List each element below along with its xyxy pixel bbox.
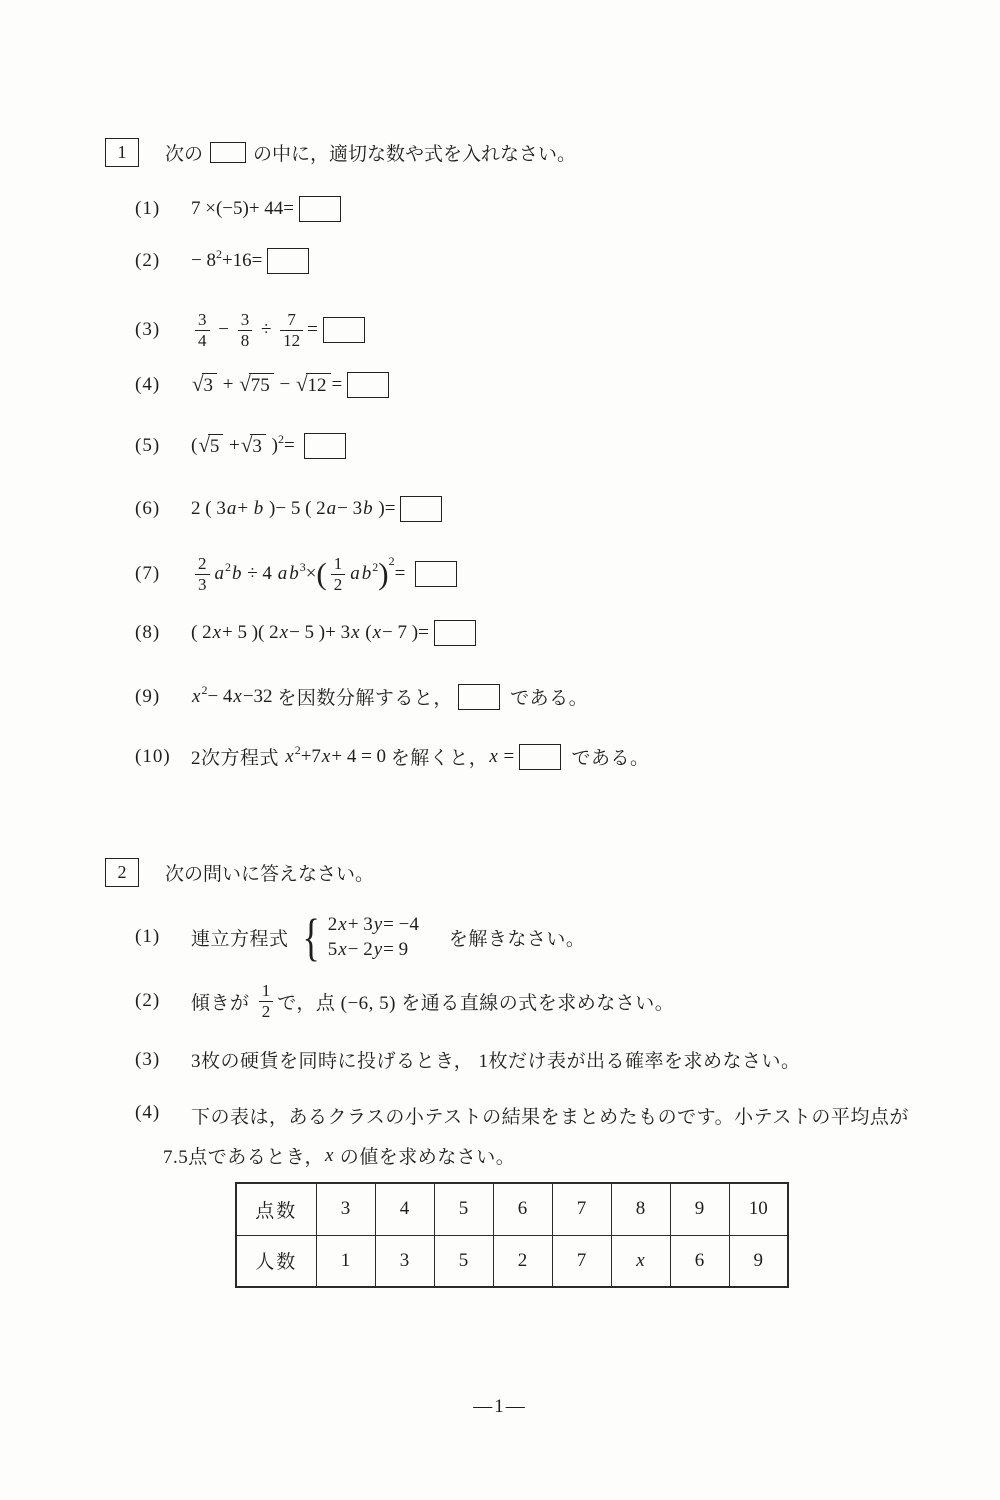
problem-item-1-4: (4) √3 + √75 − √12= [135,372,394,398]
problem-expression: √3 + √75 − √12= [191,372,394,398]
math-variable: x [337,937,347,962]
problem-number: (3) [135,1049,191,1071]
problem-number: (2) [135,990,191,1012]
math-text: − [275,374,295,396]
problem-expression: 7 ×(−5)+ 44= [191,196,346,222]
math-text: +16= [222,250,262,272]
answer-box [323,317,365,343]
problem-item-1-7: (7) 23a2b ÷ 4 ab3×(12ab2)2= [135,548,462,600]
square-root: √75 [239,373,274,398]
math-text: + [237,498,252,520]
math-text: 2 [328,912,338,937]
problem-text: 3枚の硬貨を同時に投げるとき， 1枚だけ表が出る確率を求めなさい。 [191,1046,801,1073]
math-variable: x [321,746,331,768]
table-cell: 6 [493,1183,552,1235]
math-variable: x [350,622,360,644]
table-cell: 8 [611,1183,670,1235]
math-text: ( [361,622,372,644]
math-text: − 5 )+ 3 [289,622,350,644]
problem-item-1-9: (9) x2− 4x−32 を因数分解すると， である。 [135,683,588,710]
problem-number: (4) [135,374,191,396]
math-text: = −4 [383,912,419,937]
problem-expression: 傾きが 12で，点 (−6, 5) を通る直線の式を求めなさい。 [191,981,674,1021]
answer-box [434,620,476,646]
section-number: 2 [118,862,127,883]
math-text: の値を求めなさい。 [334,1142,515,1169]
problem-number: (1) [135,198,191,220]
math-variable: b [253,498,265,520]
math-variable: a [326,498,338,520]
equation-2: 5x− 2y= 9 [328,937,419,962]
math-text: )= [374,498,396,520]
fraction: 34 [195,310,210,350]
section-number-box: 2 [105,858,139,887]
math-text: 5 [328,937,338,962]
section-1-instruction-pre: 次の [165,139,203,166]
math-text: + 5 )( 2 [222,622,279,644]
math-text: ( 2 [191,622,212,644]
math-variable: x [372,622,382,644]
math-text: である。 [505,683,588,710]
math-text: = 9 [383,937,408,962]
math-text: × [306,563,317,585]
math-variable: x [488,746,498,768]
problem-expression: ( 2x+ 5 )( 2x− 5 )+ 3x (x− 7 )= [191,620,481,646]
table-row-header-scores: 点数 [236,1183,316,1235]
math-text: を因数分解すると， [277,683,453,710]
math-variable: x [232,686,242,708]
math-text: ) [267,435,278,457]
math-variable: a [349,563,361,585]
problem-item-1-8: (8) ( 2x+ 5 )( 2x− 5 )+ 3x (x− 7 )= [135,620,481,646]
problem-number: (9) [135,686,191,708]
table-row-scores: 点数 345678910 [236,1183,788,1235]
math-text: ÷ [256,319,276,341]
math-text: −32 [243,686,277,708]
table-cell: 9 [729,1235,788,1287]
math-text: で，点 (−6, 5) を通る直線の式を求めなさい。 [277,988,674,1015]
problem-item-2-3: (3) 3枚の硬貨を同時に投げるとき， 1枚だけ表が出る確率を求めなさい。 [135,1046,801,1073]
problem-item-1-1: (1) 7 ×(−5)+ 44= [135,196,346,222]
simultaneous-equations-label: 連立方程式 [191,924,289,951]
math-text: ( [191,435,197,457]
blank-box [210,142,246,163]
table-cell: 5 [434,1183,493,1235]
math-text: − 4 [207,686,232,708]
table-cell: 6 [670,1235,729,1287]
math-variable: b [361,563,373,585]
math-text: 2 [372,561,378,573]
problem-item-2-1: (1) 連立方程式 { 2x+ 3y= −4 5x− 2y= 9 を解きなさい。 [135,908,585,966]
math-text: を解くと， [391,743,489,770]
table-cell: x [611,1235,670,1287]
table-cell: 7 [552,1183,611,1235]
system-brace: { [303,911,320,963]
math-text: 2 [389,555,395,567]
section-1-instruction-post: の中に，適切な数や式を入れなさい。 [253,139,576,166]
problem-number: (3) [135,319,191,341]
math-text: 2 [201,684,207,696]
table-cell: 2 [493,1235,552,1287]
problem-expression: (√5 +√3 )2= [191,433,351,459]
answer-box [347,372,389,398]
table-cell: 7 [552,1235,611,1287]
fraction: 23 [195,554,210,594]
page-number: —1— [0,1396,1000,1418]
problem-item-1-2: (2) − 82+16= [135,248,314,274]
section-number: 1 [118,142,127,163]
problem-expression: 23a2b ÷ 4 ab3×(12ab2)2= [191,554,462,594]
math-variable: x [212,622,222,644]
problem-item-1-3: (3) 34 − 38 ÷ 712= [135,305,370,355]
math-text: 7.5点であるとき， [163,1142,324,1169]
exam-page: 1 次の の中に，適切な数や式を入れなさい。 (1) 7 ×(−5)+ 44= … [0,0,1000,1500]
problem-number: (4) [135,1102,191,1124]
problem-expression: x2− 4x−32 を因数分解すると， である。 [191,683,588,710]
fraction: 12 [259,981,274,1021]
math-variable: b [288,563,300,585]
section-2-header: 2 次の問いに答えなさい。 [105,858,374,887]
problem-expression: 2 ( 3a+ b )− 5 ( 2a− 3b )= [191,496,447,522]
math-text: 3 [300,561,306,573]
table-cell: 9 [670,1183,729,1235]
math-text: +7 [301,746,321,768]
problem-expression: − 82+16= [191,248,314,274]
section-1-header: 1 次の の中に，適切な数や式を入れなさい。 [105,138,576,167]
math-variable: x [324,1145,334,1167]
answer-box [415,561,457,587]
table-cell: 1 [316,1235,375,1287]
math-variable: x [337,912,347,937]
math-text: )− 5 ( 2 [264,498,325,520]
problem-item-1-5: (5) (√5 +√3 )2= [135,433,351,459]
math-variable: a [214,563,226,585]
math-text: 7 ×(−5)+ 44= [191,198,294,220]
equation-system: 2x+ 3y= −4 5x− 2y= 9 [328,912,419,962]
math-variable: a [277,563,289,585]
problem-number: (8) [135,622,191,644]
math-variable: y [373,912,383,937]
score-table: 点数 345678910 人数 13527x69 [235,1182,789,1288]
math-text: = [332,374,343,396]
problem-number: (10) [135,746,191,768]
square-root: √3 [241,434,266,459]
math-text: ÷ 4 [243,563,277,585]
solve-instruction: を解きなさい。 [449,924,586,951]
math-text: 2 [278,433,284,445]
math-text: 傾きが [191,988,255,1015]
math-variable: y [373,937,383,962]
math-text: + 3 [348,912,373,937]
math-text: − 8 [191,250,216,272]
table-row-counts: 人数 13527x69 [236,1235,788,1287]
math-text: + [224,435,239,457]
problem-text-line1: 下の表は，あるクラスの小テストの結果をまとめたものです。小テストの平均点が [191,1102,945,1129]
math-variable: b [362,498,374,520]
math-variable: x [279,622,289,644]
math-text: 2 [225,561,231,573]
math-text: = [307,319,318,341]
problem-item-1-6: (6) 2 ( 3a+ b )− 5 ( 2a− 3b )= [135,496,447,522]
math-text: 2 ( 3 [191,498,226,520]
math-variable: a [226,498,238,520]
math-text: − 7 )= [382,622,429,644]
answer-box [299,196,341,222]
equation-1: 2x+ 3y= −4 [328,912,419,937]
table-row-header-counts: 人数 [236,1235,316,1287]
problem-number: (7) [135,563,191,585]
answer-box [400,496,442,522]
fraction: 38 [238,310,253,350]
problem-expression: 2次方程式 x2+7x+ 4 = 0 を解くと，x = である。 [191,743,649,770]
section-number-box: 1 [105,138,139,167]
table-cell: 3 [375,1235,434,1287]
square-root: √5 [198,434,223,459]
math-text: である。 [566,743,649,770]
table-cell: 10 [729,1183,788,1235]
problem-number: (1) [135,926,191,948]
answer-box [267,248,309,274]
math-text: = [395,563,410,585]
math-text: − 3 [337,498,362,520]
math-text: − 2 [348,937,373,962]
square-root: √3 [192,373,217,398]
math-text: 2 [216,248,222,260]
table-cell: 4 [375,1183,434,1235]
answer-box [304,433,346,459]
answer-box [519,744,561,770]
math-text: ) [378,560,388,588]
problem-number: (2) [135,250,191,272]
square-root: √12 [296,373,331,398]
problem-number: (5) [135,435,191,457]
problem-text-line2: 7.5点であるとき，x の値を求めなさい。 [163,1142,945,1169]
math-text: + [218,374,238,396]
table-cell: 5 [434,1235,493,1287]
section-2-instruction: 次の問いに答えなさい。 [165,859,374,886]
math-variable: b [231,563,243,585]
fraction: 12 [331,554,346,594]
fraction: 712 [280,310,303,350]
problem-item-1-10: (10) 2次方程式 x2+7x+ 4 = 0 を解くと，x = である。 [135,743,649,770]
math-text: + 4 = 0 [331,746,390,768]
math-text: 2 [295,744,301,756]
problem-item-2-2: (2) 傾きが 12で，点 (−6, 5) を通る直線の式を求めなさい。 [135,978,674,1024]
problem-expression: 34 − 38 ÷ 712= [191,310,370,350]
math-text: 2次方程式 [191,743,284,770]
math-variable: x [191,686,201,708]
math-variable: x [284,746,294,768]
math-text: = [284,435,299,457]
problem-item-2-4: (4) 下の表は，あるクラスの小テストの結果をまとめたものです。小テストの平均点… [135,1102,945,1169]
math-text: − [214,319,234,341]
math-text: ( [316,560,326,588]
problem-number: (6) [135,498,191,520]
answer-box [458,684,500,710]
math-text: = [499,746,514,768]
table-cell: 3 [316,1183,375,1235]
